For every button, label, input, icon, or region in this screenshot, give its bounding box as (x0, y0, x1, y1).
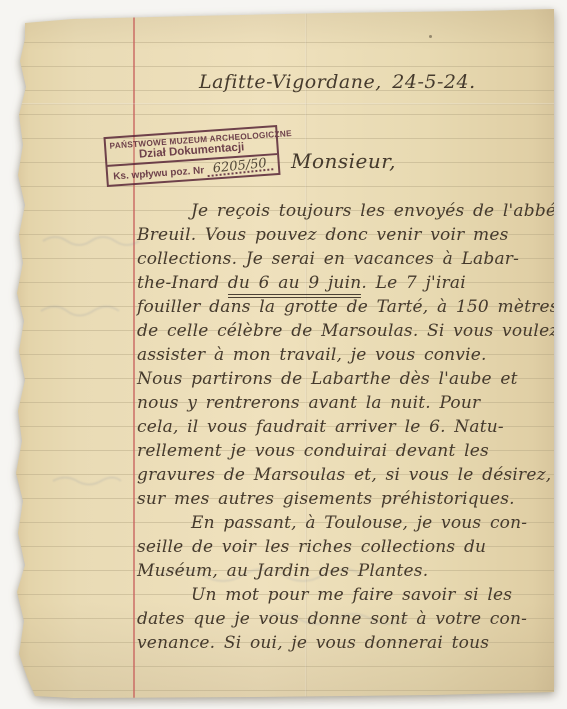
handwritten-line: the-Inard du 6 au 9 juin. Le 7 j'irai (137, 271, 546, 295)
dateline: Lafitte-Vigordane, 24-5-24. (199, 71, 476, 93)
line-text: the-Inard (137, 273, 228, 293)
handwritten-line: nous y rentrerons avant la nuit. Pour (137, 391, 546, 415)
handwritten-line: dates que je vous donne sont à votre con… (137, 607, 546, 631)
stamp-register-label: Ks. wpływu poz. Nr (113, 165, 205, 182)
handwritten-line: de celle célèbre de Marsoulas. Si vous v… (137, 319, 546, 343)
handwritten-line: Je reçois toujours les envoyés de l'abbé (137, 199, 546, 223)
handwritten-line: Un mot pour me faire savoir si les (137, 583, 546, 607)
stamp-register-number: 6205/50 (207, 157, 274, 177)
red-margin-line (133, 9, 135, 698)
handwritten-line: fouiller dans la grotte de Tarté, à 150 … (137, 295, 546, 319)
letter-body: Je reçois toujours les envoyés de l'abbé… (137, 199, 546, 655)
handwritten-line: Muséum, au Jardin des Plantes. (137, 559, 546, 583)
letter-paper: Lafitte-Vigordane, 24-5-24. PAŃSTWOWE MU… (13, 9, 554, 698)
museum-stamp: PAŃSTWOWE MUZEUM ARCHEOLOGICZNE Dział Do… (103, 125, 280, 187)
handwritten-line: Breuil. Vous pouvez donc venir voir mes (137, 223, 546, 247)
handwritten-line: cela, il vous faudrait arriver le 6. Nat… (137, 415, 546, 439)
handwritten-line: venance. Si oui, je vous donnerai tous (137, 631, 546, 655)
squiggle-path (43, 237, 139, 245)
fold-crease-horizontal (13, 103, 554, 105)
scanned-letter: Lafitte-Vigordane, 24-5-24. PAŃSTWOWE MU… (0, 0, 567, 709)
handwritten-line: assister à mon travail, je vous convie. (137, 343, 546, 367)
paper-sheet: Lafitte-Vigordane, 24-5-24. PAŃSTWOWE MU… (13, 9, 554, 698)
squiggle-path (41, 307, 119, 316)
salutation: Monsieur, (291, 149, 396, 173)
handwritten-line: sur mes autres gisements préhistoriques. (137, 487, 546, 511)
squiggle-path (53, 478, 121, 485)
line-text: . Le 7 j'irai (361, 273, 465, 293)
handwritten-line: rellement je vous conduirai devant les (137, 439, 546, 463)
handwritten-line: En passant, à Toulouse, je vous con- (137, 511, 546, 535)
handwritten-line: collections. Je serai en vacances à Laba… (137, 247, 546, 271)
handwritten-line: Nous partirons de Labarthe dès l'aube et (137, 367, 546, 391)
paper-speck (429, 35, 432, 38)
handwritten-line: gravures de Marsoulas et, si vous le dés… (137, 463, 546, 487)
handwritten-line: seille de voir les riches collections du (137, 535, 546, 559)
